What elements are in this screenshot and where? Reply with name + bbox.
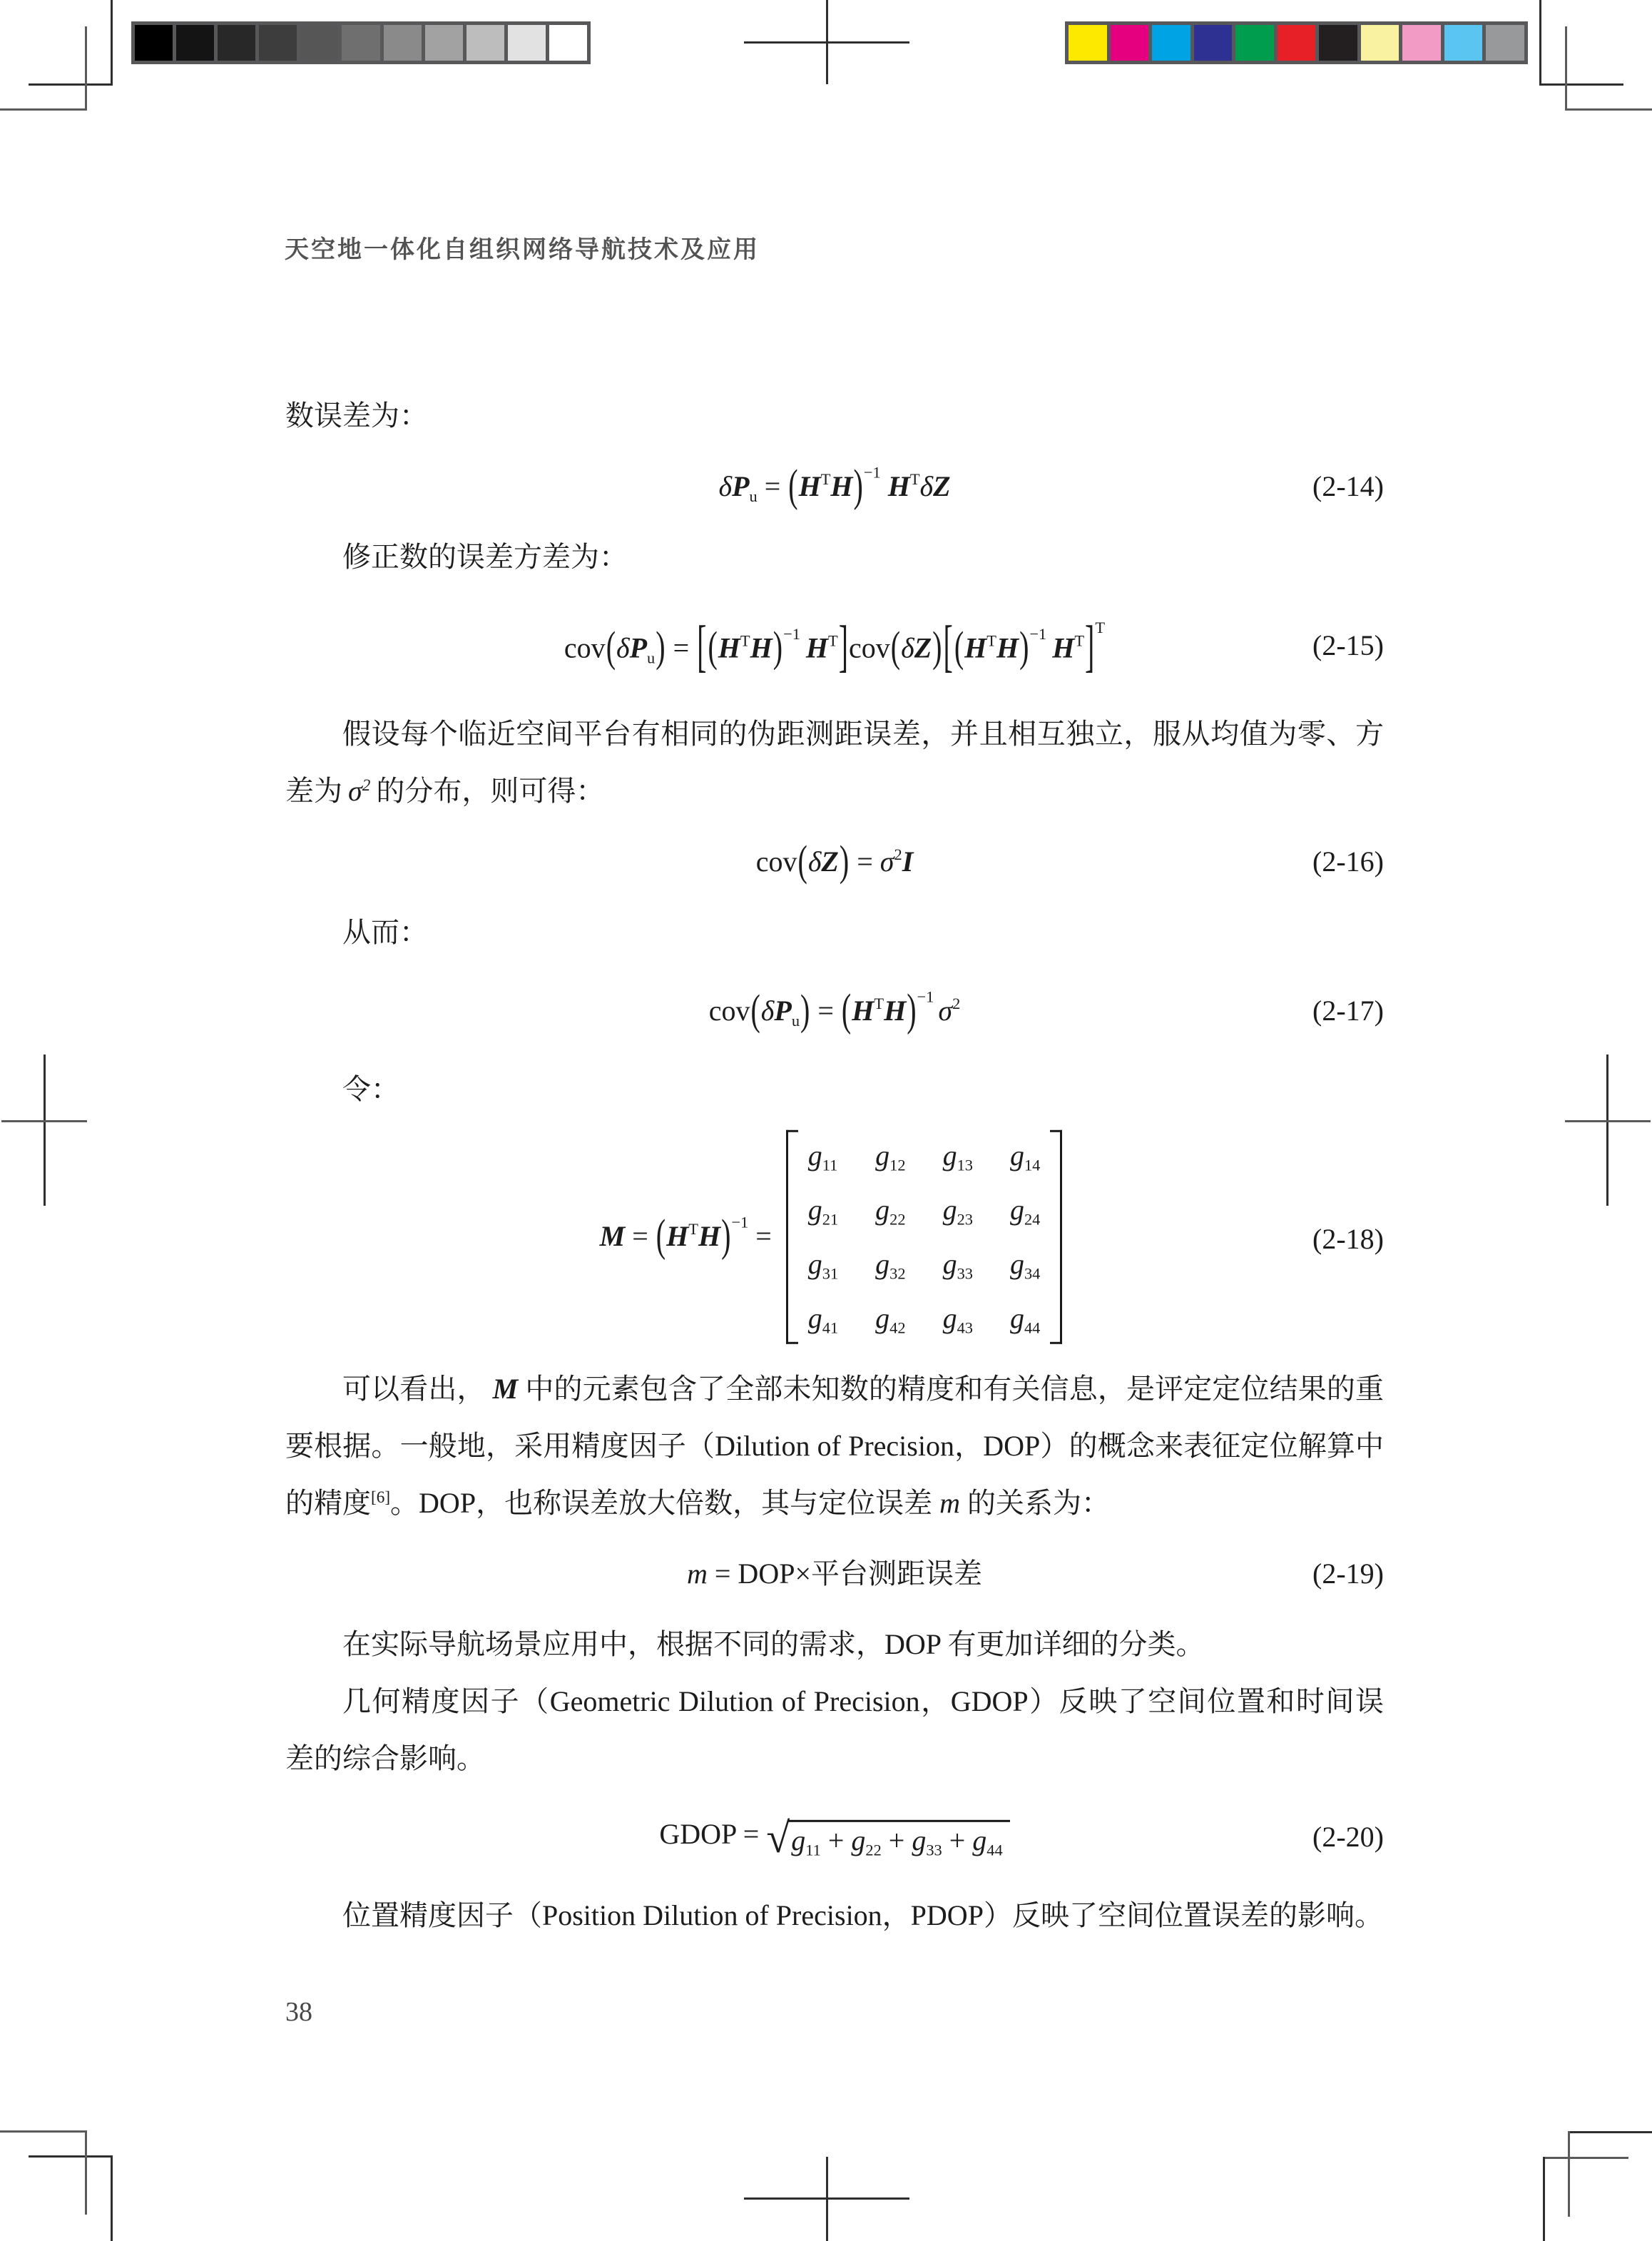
inline-sigma-squared: σ2 bbox=[348, 775, 370, 807]
calibration-patch bbox=[176, 25, 214, 61]
equation-2-16: cov(δZ) = σ2I (2-16) bbox=[285, 820, 1384, 904]
body-paragraph: 从而： bbox=[285, 904, 1384, 961]
body-paragraph: 位置精度因子（Position Dilution of Precision，PD… bbox=[285, 1887, 1384, 1944]
calibration-patch bbox=[342, 25, 379, 61]
equation-number: (2-19) bbox=[1312, 1545, 1384, 1602]
calibration-patch bbox=[1111, 25, 1149, 61]
calibration-patch bbox=[549, 25, 587, 61]
body-paragraph: 在实际导航场景应用中，根据不同的需求，DOP 有更加详细的分类。 bbox=[285, 1616, 1384, 1673]
reference-marker: [6] bbox=[371, 1488, 390, 1507]
equation-formula: cov(δPu) = (HTH)−1σ2 bbox=[709, 995, 961, 1027]
body-paragraph: 假设每个临近空间平台有相同的伪距测距误差，并且相互独立，服从均值为零、方差为σ2… bbox=[285, 706, 1384, 820]
matrix-M-symbol: M bbox=[493, 1373, 519, 1405]
body-paragraph: 修正数的误差方差为： bbox=[285, 529, 1384, 586]
error-m-symbol: m bbox=[939, 1487, 960, 1519]
crop-mark bbox=[85, 2130, 87, 2215]
calibration-patch bbox=[1319, 25, 1357, 61]
crop-mark bbox=[1543, 2157, 1545, 2241]
equation-number: (2-17) bbox=[1312, 982, 1384, 1040]
body-paragraph: 数误差为： bbox=[285, 387, 1384, 444]
calibration-patch bbox=[300, 25, 338, 61]
equation-2-18: M = (HTH)−1 = g11g12g13g14g21g22g23g24g3… bbox=[285, 1118, 1384, 1361]
equation-formula: m = DOP×平台测距误差 bbox=[687, 1558, 982, 1590]
equation-2-14: δPu = (HTH)−1HTδZ (2-14) bbox=[285, 444, 1384, 529]
crop-mark bbox=[0, 108, 87, 111]
registration-cross bbox=[1606, 1055, 1608, 1206]
equation-formula: M = (HTH)−1 = g11g12g13g14g21g22g23g24g3… bbox=[600, 1132, 1070, 1346]
equation-formula: cov(δZ) = σ2I bbox=[756, 846, 914, 878]
crop-mark bbox=[1565, 108, 1652, 111]
equation-formula: δPu = (HTH)−1HTδZ bbox=[718, 471, 950, 502]
equation-formula: GDOP = √g11 + g22 + g33 + g44 bbox=[659, 1819, 1009, 1855]
crop-mark bbox=[0, 2130, 87, 2133]
calibration-patch bbox=[218, 25, 255, 61]
equation-number: (2-20) bbox=[1312, 1809, 1384, 1866]
body-paragraph: 几何精度因子（Geometric Dilution of Precision，G… bbox=[285, 1673, 1384, 1787]
paragraph-text: 。DOP，也称误差放大倍数，其与定位误差 bbox=[390, 1487, 932, 1519]
page-content: 数误差为： δPu = (HTH)−1HTδZ (2-14) 修正数的误差方差为… bbox=[285, 387, 1384, 1944]
crop-mark bbox=[1568, 2131, 1570, 2217]
equation-2-15: cov(δPu) = [(HTH)−1HT]cov(δZ)[(HTH)−1HT]… bbox=[285, 586, 1384, 706]
calibration-patch bbox=[1235, 25, 1274, 61]
calibration-patch bbox=[466, 25, 504, 61]
sigma-exponent: 2 bbox=[362, 776, 371, 795]
calibration-patch bbox=[1361, 25, 1399, 61]
crop-mark bbox=[1543, 2157, 1628, 2159]
sigma-symbol: σ bbox=[348, 775, 362, 807]
calibration-patch bbox=[1278, 25, 1316, 61]
crop-mark bbox=[1565, 26, 1567, 111]
paragraph-text: 可以看出， bbox=[342, 1373, 486, 1405]
calibration-patch bbox=[384, 25, 422, 61]
calibration-patch bbox=[1486, 25, 1524, 61]
calibration-patch bbox=[135, 25, 173, 61]
crop-mark bbox=[29, 2155, 113, 2158]
equation-number: (2-14) bbox=[1312, 458, 1384, 515]
registration-cross bbox=[44, 1055, 46, 1206]
crop-mark bbox=[29, 83, 113, 86]
equation-formula: cov(δPu) = [(HTH)−1HT]cov(δZ)[(HTH)−1HT]… bbox=[564, 628, 1105, 664]
paragraph-text: 的关系为： bbox=[967, 1487, 1110, 1519]
registration-cross bbox=[826, 2157, 828, 2241]
registration-cross bbox=[1565, 1120, 1651, 1122]
color-calibration-bar bbox=[1065, 21, 1528, 64]
calibration-patch bbox=[1069, 25, 1107, 61]
registration-cross bbox=[1, 1120, 87, 1122]
calibration-patch bbox=[425, 25, 463, 61]
equation-2-20: GDOP = √g11 + g22 + g33 + g44 (2-20) bbox=[285, 1787, 1384, 1887]
calibration-patch bbox=[1444, 25, 1483, 61]
calibration-patch bbox=[1194, 25, 1233, 61]
calibration-patch bbox=[259, 25, 297, 61]
crop-mark bbox=[1568, 2131, 1652, 2133]
equation-2-19: m = DOP×平台测距误差 (2-19) bbox=[285, 1532, 1384, 1616]
equation-2-17: cov(δPu) = (HTH)−1σ2 (2-17) bbox=[285, 961, 1384, 1061]
equation-number: (2-16) bbox=[1312, 833, 1384, 890]
calibration-patch bbox=[1152, 25, 1190, 61]
equation-number: (2-15) bbox=[1312, 617, 1384, 674]
page-header-title: 天空地一体化自组织网络导航技术及应用 bbox=[285, 236, 760, 265]
registration-cross bbox=[826, 0, 828, 84]
grayscale-calibration-bar bbox=[131, 21, 591, 64]
body-paragraph: 可以看出，M中的元素包含了全部未知数的精度和有关信息，是评定定位结果的重要根据。… bbox=[285, 1361, 1384, 1532]
page-number: 38 bbox=[285, 1996, 312, 2028]
book-page: 天空地一体化自组织网络导航技术及应用 数误差为： δPu = (HTH)−1HT… bbox=[0, 0, 1652, 2241]
calibration-patch bbox=[508, 25, 546, 61]
crop-mark bbox=[85, 26, 87, 111]
body-paragraph: 令： bbox=[285, 1061, 1384, 1118]
calibration-patch bbox=[1402, 25, 1441, 61]
crop-mark bbox=[111, 0, 113, 86]
crop-mark bbox=[1539, 83, 1623, 86]
crop-mark bbox=[111, 2155, 113, 2241]
equation-number: (2-18) bbox=[1312, 1211, 1384, 1268]
crop-mark bbox=[1539, 0, 1541, 86]
paragraph-text: 的分布，则可得： bbox=[376, 775, 604, 807]
